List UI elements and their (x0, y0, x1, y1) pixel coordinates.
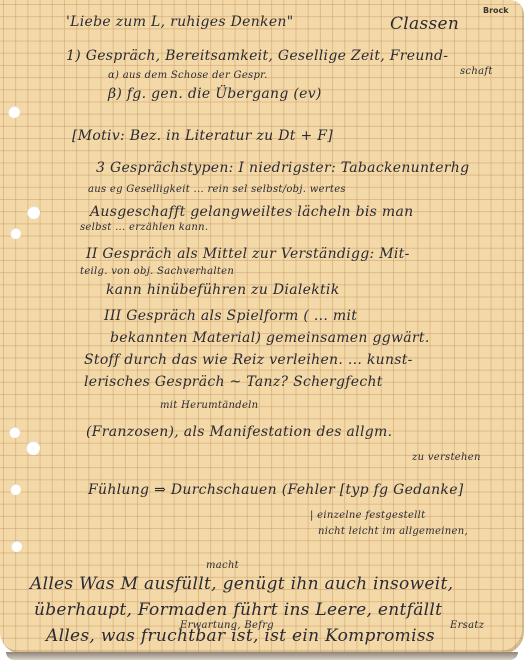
note-line: Ausgeschafft gelangweiltes lächeln bis m… (90, 204, 413, 220)
note-line: nicht leicht im allgemeinen, (318, 526, 468, 537)
note-line: Ersatz (450, 620, 484, 631)
punch-hole-icon (10, 228, 21, 239)
note-line: Fühlung ⇒ Durchschauen (Fehler [typ fg G… (88, 482, 464, 498)
note-line: Stoff durch das wie Reiz verleihen. ... … (84, 352, 413, 368)
note-line: 1) Gespräch, Bereitsamkeit, Gesellige Ze… (66, 48, 448, 64)
note-line: Alles, was fruchtbar ist, ist ein Kompro… (46, 626, 435, 646)
punch-hole-icon (8, 106, 20, 118)
note-line: kann hinübeführen zu Dialektik (106, 282, 339, 298)
note-line: aus eg Geselligkeit ... rein sel selbst/… (88, 184, 346, 195)
note-line: überhaupt, Formaden führt ins Leere, ent… (34, 600, 442, 620)
archive-stamp: Brock (483, 6, 509, 15)
note-line: β) fg. gen. die Übergang (ev) (108, 86, 322, 102)
note-line: 3 Gesprächstypen: I niedrigster: Tabacke… (96, 160, 469, 176)
note-line: teilg. von obj. Sachverhalten (80, 266, 234, 277)
note-line: zu verstehen (412, 452, 481, 463)
note-line: schaft (460, 66, 493, 77)
note-line: | einzelne festgestellt (310, 510, 426, 521)
note-line: bekannten Material) gemeinsamen ggwärt. (110, 330, 430, 346)
note-line: III Gespräch als Spielform ( ... mit (104, 308, 357, 324)
note-author: Classen (390, 14, 459, 34)
note-line: mit Herumtändeln (160, 400, 258, 411)
note-line: II Gespräch als Mittel zur Verständigg: … (86, 246, 410, 262)
punch-hole-icon (27, 206, 40, 219)
note-title: 'Liebe zum L, ruhiges Denken" (66, 14, 293, 30)
note-line: [Motiv: Bez. in Literatur zu Dt + F] (72, 128, 333, 144)
punch-hole-icon (10, 484, 21, 495)
note-line: (Franzosen), als Manifestation des allgm… (86, 424, 392, 440)
note-line: lerisches Gespräch ~ Tanz? Schergfecht (84, 374, 383, 390)
punch-hole-icon (26, 441, 40, 455)
note-line: macht (206, 560, 239, 571)
note-line: α) aus dem Schose der Gespr. (108, 70, 268, 81)
note-line: Alles Was M ausfüllt, genügt ihn auch in… (30, 574, 453, 594)
grid-paper-page: Brock 'Liebe zum L, ruhiges Denken" Clas… (0, 0, 524, 654)
page-edge-shadow (6, 652, 518, 660)
punch-hole-icon (11, 541, 22, 552)
punch-hole-icon (9, 427, 20, 438)
note-line: selbst ... erzählen kann. (80, 222, 208, 233)
